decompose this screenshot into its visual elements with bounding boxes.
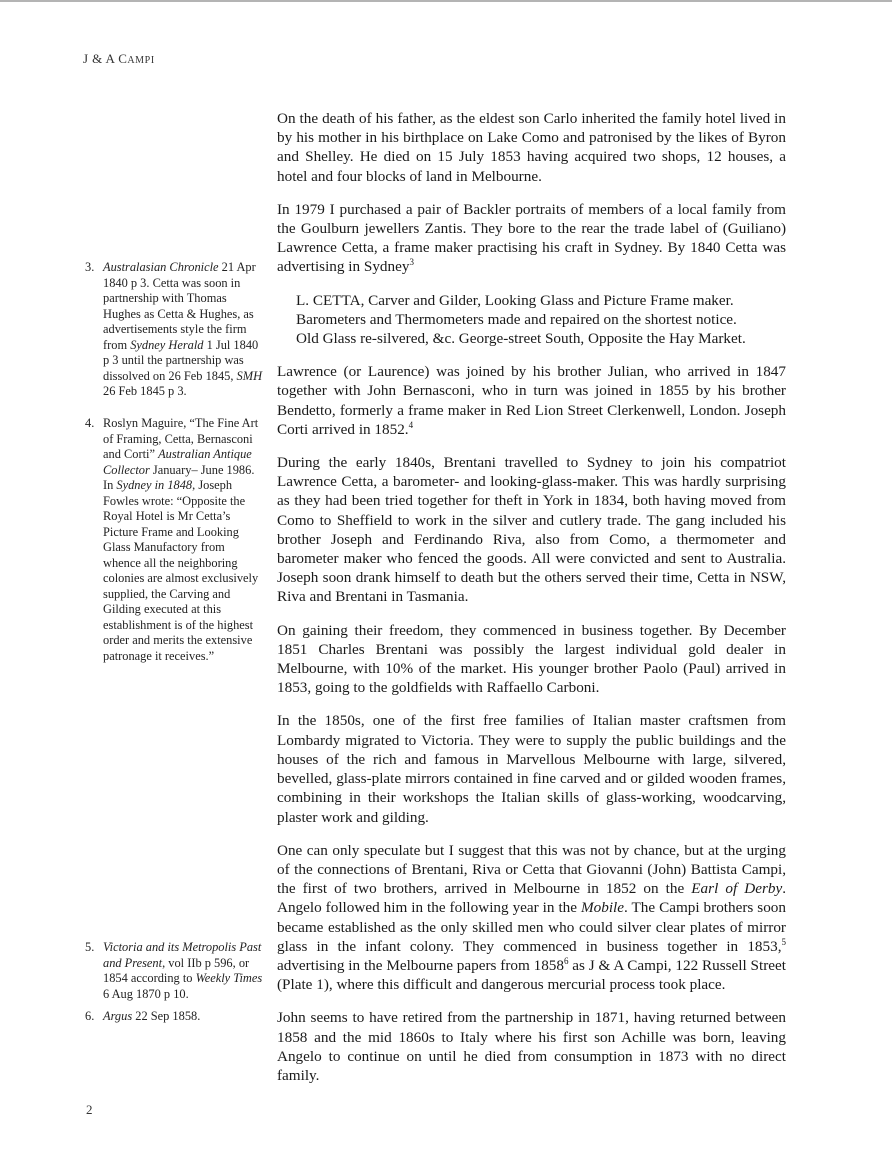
footnote-text: Victoria and its Metropolis Past and Pre… xyxy=(103,940,263,1002)
source-title: Sydney in 1848 xyxy=(116,478,192,492)
paragraph-8: John seems to have retired from the part… xyxy=(277,1008,786,1085)
source-title: Sydney Herald xyxy=(130,338,203,352)
advertisement-quote: L. CETTA, Carver and Gilder, Looking Gla… xyxy=(277,291,786,349)
footnote-text-part: 6 Aug 1870 p 10. xyxy=(103,987,189,1001)
footnote-number: 5. xyxy=(85,940,94,956)
source-title: SMH xyxy=(237,369,262,383)
footnote-text-part: , Joseph Fowles wrote: “Opposite the Roy… xyxy=(103,478,258,663)
running-head: J & A CAMPI xyxy=(83,51,155,67)
paragraph-6: In the 1850s, one of the first free fami… xyxy=(277,711,786,826)
footnote-ref-4[interactable]: 4 xyxy=(409,420,414,430)
paragraph-3: Lawrence (or Laurence) was joined by his… xyxy=(277,362,786,439)
paragraph-7-text-d: advertising in the Melbourne papers from… xyxy=(277,957,564,974)
footnote-text: Argus 22 Sep 1858. xyxy=(103,1009,263,1025)
footnote-5: 5. Victoria and its Metropolis Past and … xyxy=(85,940,263,1002)
quote-line-3: Old Glass re-silvered, &c. George-street… xyxy=(296,329,786,348)
page-number: 2 xyxy=(86,1102,93,1118)
top-border-rule xyxy=(0,0,892,2)
running-head-smallcaps: AMPI xyxy=(127,55,154,66)
quote-line-2: Barometers and Thermometers made and rep… xyxy=(296,310,786,329)
main-text-column: On the death of his father, as the eldes… xyxy=(277,109,786,1085)
source-title: Weekly Times xyxy=(196,971,263,985)
footnote-4: 4. Roslyn Maguire, “The Fine Art of Fram… xyxy=(85,416,263,664)
footnote-text: Roslyn Maguire, “The Fine Art of Framing… xyxy=(103,416,263,664)
footnote-text-part: 26 Feb 1845 p 3. xyxy=(103,384,187,398)
footnote-number: 3. xyxy=(85,260,94,276)
paragraph-1: On the death of his father, as the eldes… xyxy=(277,109,786,186)
footnote-6: 6. Argus 22 Sep 1858. xyxy=(85,1009,263,1025)
footnote-number: 6. xyxy=(85,1009,94,1025)
footnote-3: 3. Australasian Chronicle 21 Apr 1840 p … xyxy=(85,260,263,400)
ship-name-mobile: Mobile xyxy=(581,899,624,916)
footnote-ref-5[interactable]: 5 xyxy=(782,937,787,947)
source-title: Argus xyxy=(103,1009,132,1023)
quote-line-1: L. CETTA, Carver and Gilder, Looking Gla… xyxy=(296,291,786,310)
footnote-text: Australasian Chronicle 21 Apr 1840 p 3. … xyxy=(103,260,263,400)
paragraph-2: In 1979 I purchased a pair of Backler po… xyxy=(277,200,786,277)
footnote-number: 4. xyxy=(85,416,94,432)
paragraph-5: On gaining their freedom, they commenced… xyxy=(277,621,786,698)
paragraph-3-text: Lawrence (or Laurence) was joined by his… xyxy=(277,363,786,438)
ship-name-earl-of-derby: Earl of Derby xyxy=(691,880,782,897)
paragraph-2-text: In 1979 I purchased a pair of Backler po… xyxy=(277,201,786,276)
running-head-initials: J & A C xyxy=(83,51,127,66)
source-title: Australasian Chronicle xyxy=(103,260,219,274)
footnote-ref-3[interactable]: 3 xyxy=(409,257,414,267)
paragraph-4: During the early 1840s, Brentani travell… xyxy=(277,453,786,607)
footnote-text-part: 22 Sep 1858. xyxy=(132,1009,200,1023)
paragraph-7: One can only speculate but I suggest tha… xyxy=(277,841,786,995)
